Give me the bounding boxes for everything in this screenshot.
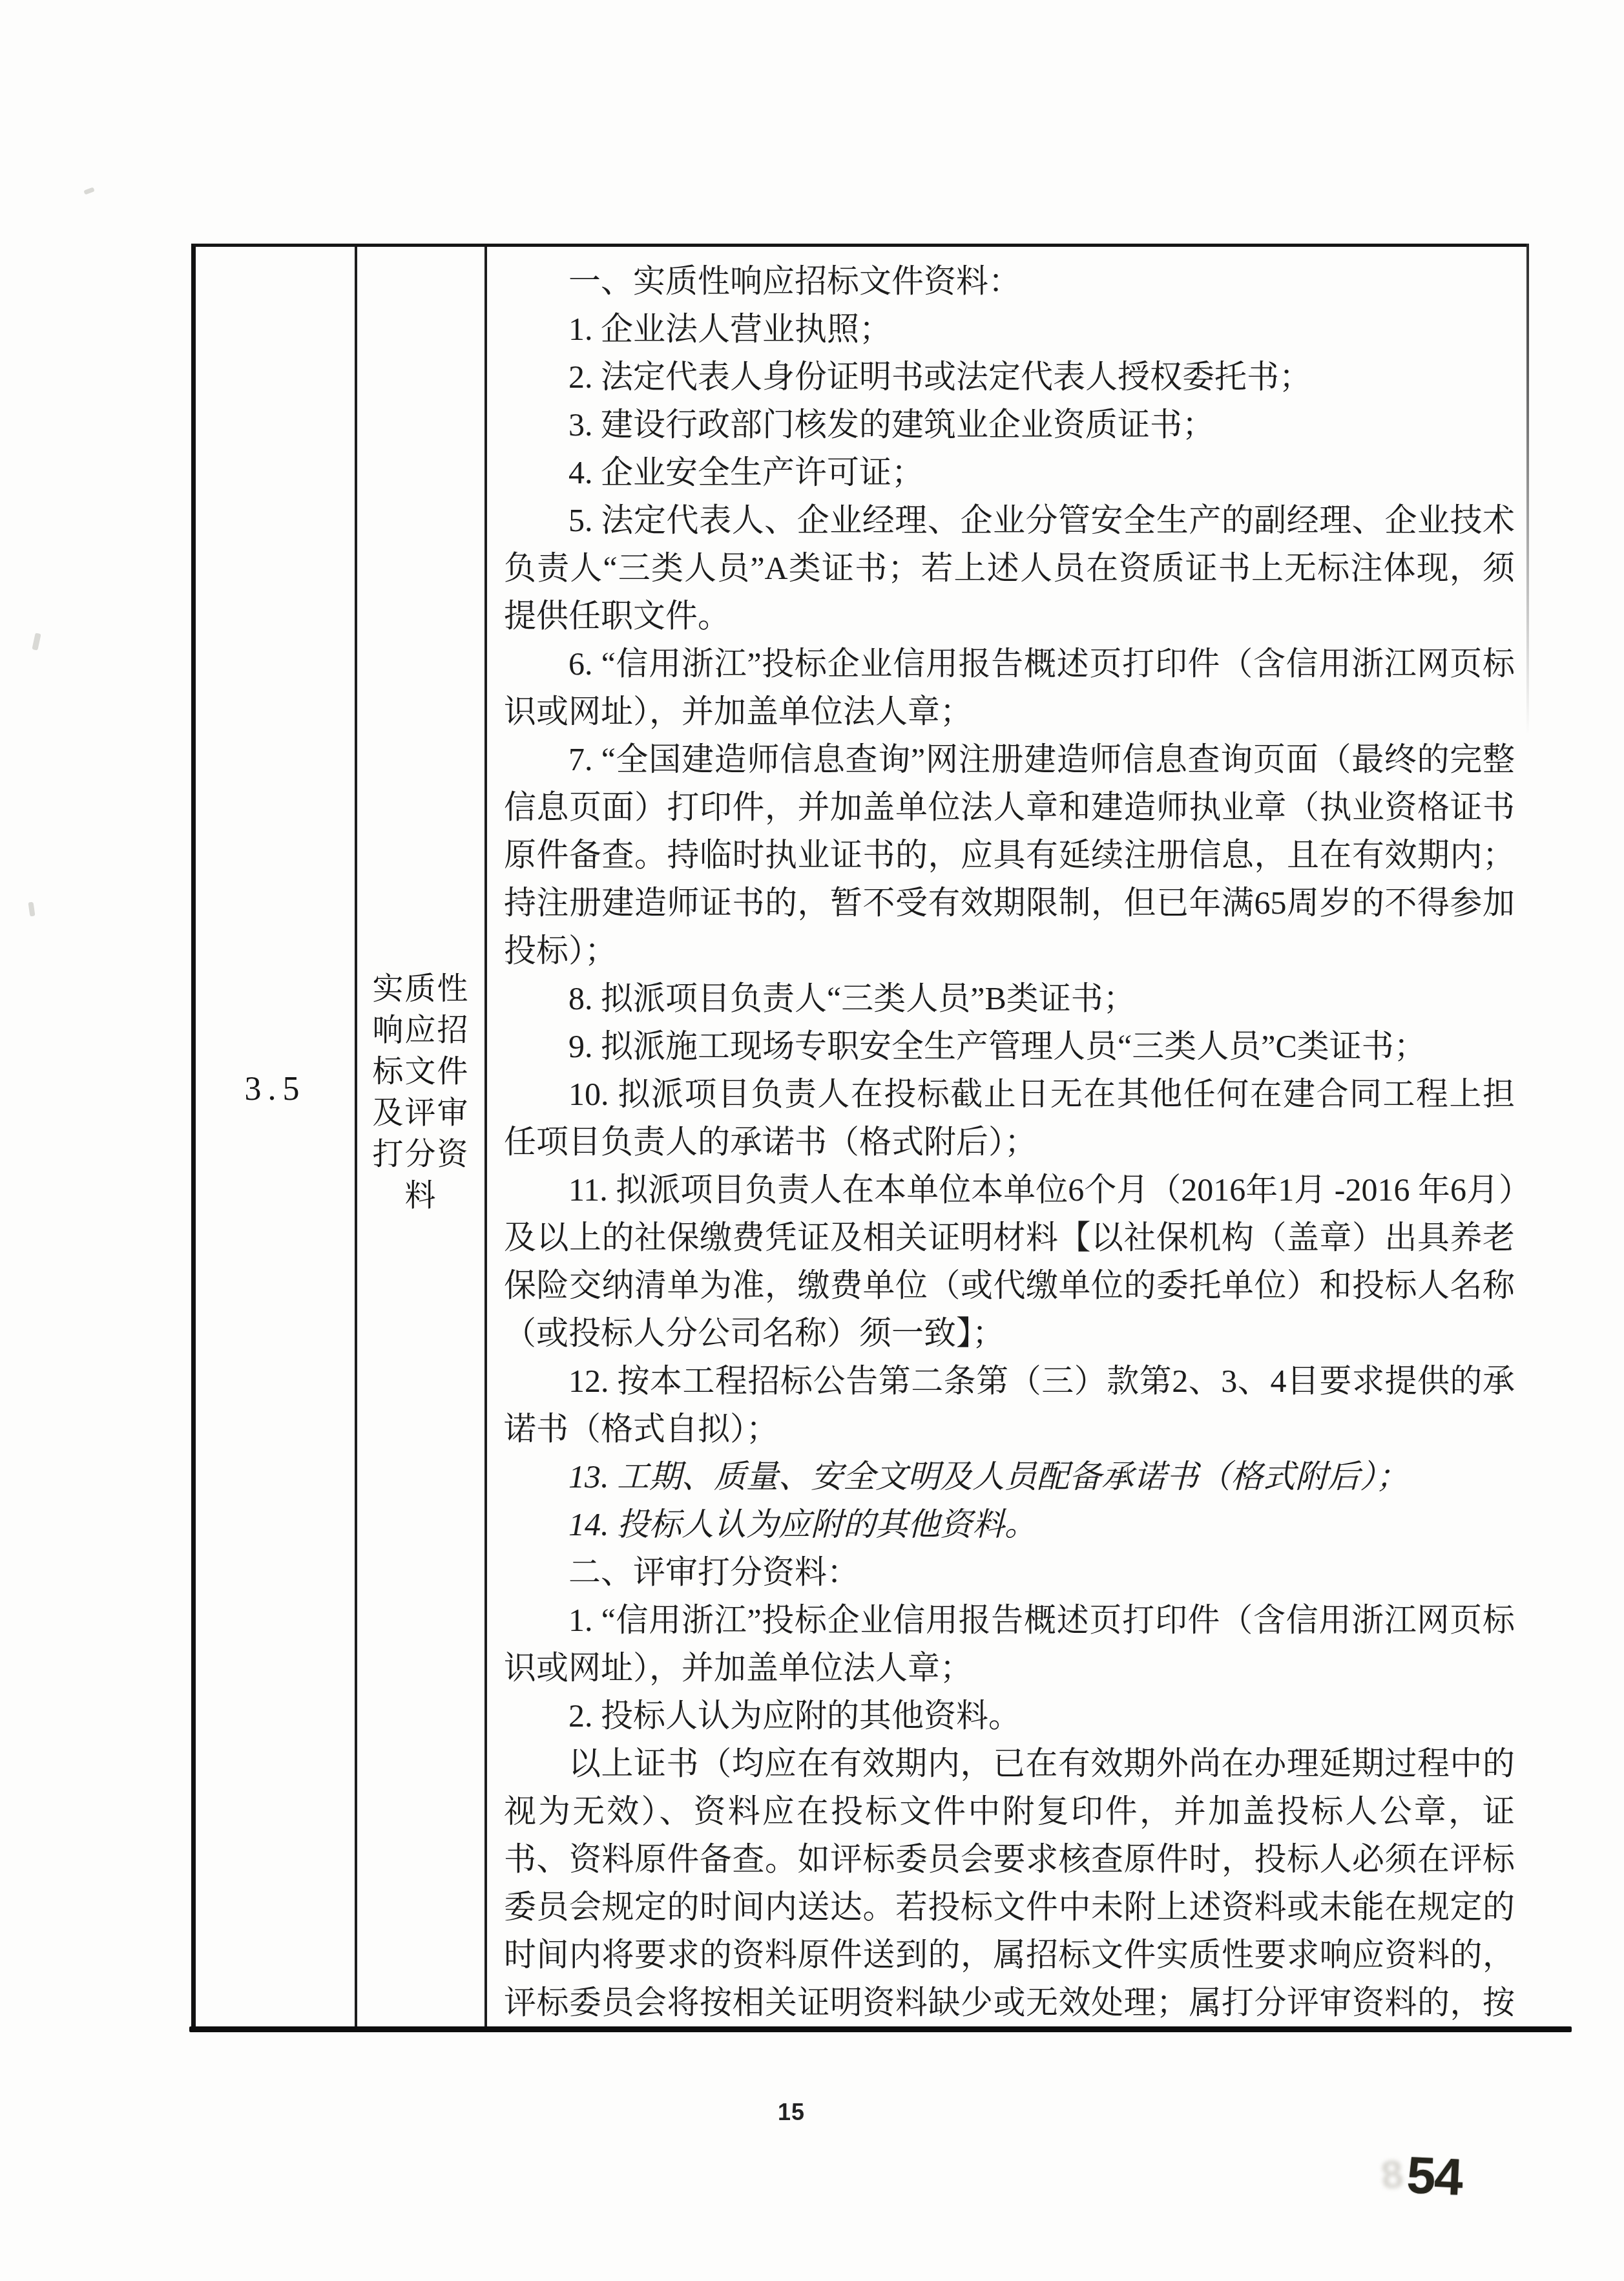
row-number: 3.5 [245,1070,306,1108]
category-cell: 实质性响应招标文件及评审打分资料 [357,247,487,2031]
table-bottom-rule [189,2026,1572,2032]
requirement-item: 9. 拟派施工现场专职安全生产管理人员“三类人员”C类证书； [504,1022,1515,1070]
document-page: 3.5 实质性响应招标文件及评审打分资料 一、实质性响应招标文件资料： 1. 企… [0,0,1624,2281]
requirement-item: 1. 企业法人营业执照； [504,305,1515,353]
section1-title: 一、实质性响应招标文件资料： [504,257,1515,305]
section2-items: 1. “信用浙江”投标企业信用报告概述页打印件（含信用浙江网页标识或网址），并加… [504,1596,1515,1740]
requirement-item: 10. 拟派项目负责人在投标截止日无在其他任何在建合同工程上担任项目负责人的承诺… [504,1070,1515,1166]
stamp-number: 54 [1406,2145,1463,2207]
scan-artifact [83,187,94,194]
page-number: 15 [778,2099,805,2126]
table-right-border [1526,244,1529,735]
stamp-ghost-mark: 8 [1379,2150,1406,2198]
scan-artifact [32,633,41,650]
requirement-item: 7. “全国建造师信息查询”网注册建造师信息查询页面（最终的完整信息页面）打印件… [504,735,1515,974]
requirement-item: 13. 工期、质量、安全文明及人员配备承诺书（格式附后）； [504,1453,1515,1500]
section1-items: 1. 企业法人营业执照；2. 法定代表人身份证明书或法定代表人授权委托书；3. … [504,305,1515,1548]
category-label: 实质性响应招标文件及评审打分资料 [372,969,470,1217]
requirement-item: 12. 按本工程招标公告第二条第（三）款第2、3、4目要求提供的承诺书（格式自拟… [504,1357,1515,1453]
requirement-item: 8. 拟派项目负责人“三类人员”B类证书； [504,974,1515,1022]
row-number-cell: 3.5 [196,247,357,2031]
requirement-item: 4. 企业安全生产许可证； [504,448,1515,496]
requirement-item: 11. 拟派项目负责人在本单位本单位6个月（2016年1月 -2016 年6月）… [504,1166,1515,1357]
page-stamp: 8 54 [1376,2143,1531,2220]
requirement-item: 1. “信用浙江”投标企业信用报告概述页打印件（含信用浙江网页标识或网址），并加… [504,1596,1515,1692]
requirement-item: 14. 投标人认为应附的其他资料。 [504,1500,1515,1548]
requirements-table: 3.5 实质性响应招标文件及评审打分资料 一、实质性响应招标文件资料： 1. 企… [191,244,1529,2031]
requirement-item: 3. 建设行政部门核发的建筑业企业资质证书； [504,401,1515,448]
requirement-item: 2. 投标人认为应附的其他资料。 [504,1692,1515,1740]
requirement-item: 5. 法定代表人、企业经理、企业分管安全生产的副经理、企业技术负责人“三类人员”… [504,496,1515,640]
requirement-item: 2. 法定代表人身份证明书或法定代表人授权委托书； [504,353,1515,401]
scan-artifact [28,902,36,917]
content-cell: 一、实质性响应招标文件资料： 1. 企业法人营业执照；2. 法定代表人身份证明书… [487,247,1529,2031]
section2-title: 二、评审打分资料： [504,1548,1515,1596]
requirement-item: 6. “信用浙江”投标企业信用报告概述页打印件（含信用浙江网页标识或网址），并加… [504,640,1515,735]
closing-paragraph: 以上证书（均应在有效期内，已在有效期外尚在办理延期过程中的视为无效）、资料应在投… [504,1740,1515,2031]
